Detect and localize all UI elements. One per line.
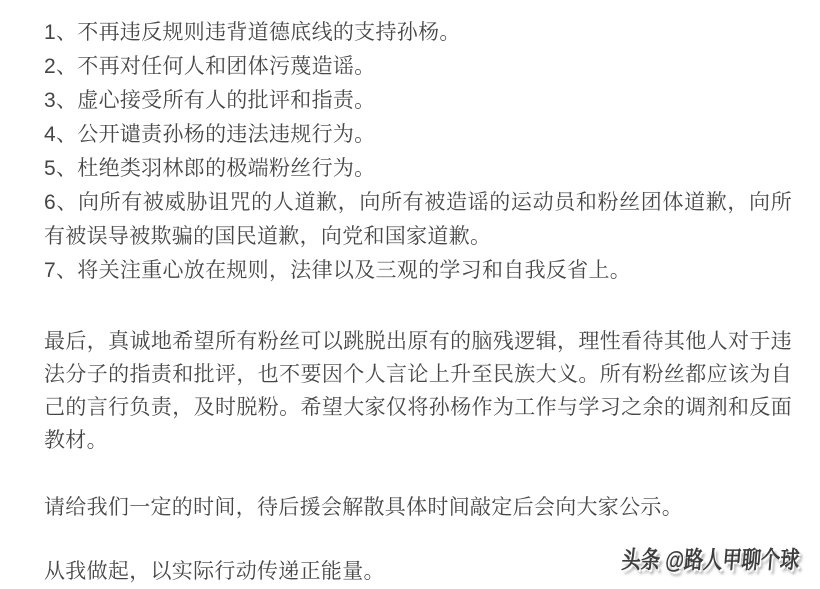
paragraph-conclusion: 最后，真诚地希望所有粉丝可以跳脱出原有的脑残逻辑，理性看待其他人对于违法分子的指… <box>44 325 792 457</box>
list-item-5: 5、杜绝类羽林郎的极端粉丝行为。 <box>44 152 792 186</box>
toutiao-watermark: 头条 @路人甲聊个球 <box>620 540 801 575</box>
article-body: 1、不再违反规则违背道德底线的支持孙杨。 2、不再对任何人和团体污蔑造谣。 3、… <box>44 16 792 589</box>
list-item-7: 7、将关注重心放在规则，法律以及三观的学习和自我反省上。 <box>44 254 792 288</box>
paragraph-disband-notice: 请给我们一定的时间，待后援会解散具体时间敲定后会向大家公示。 <box>44 491 792 525</box>
list-item-1: 1、不再违反规则违背道德底线的支持孙杨。 <box>44 16 792 50</box>
list-item-3: 3、虚心接受所有人的批评和指责。 <box>44 84 792 118</box>
list-item-6: 6、向所有被威胁诅咒的人道歉，向所有被造谣的运动员和粉丝团体道歉，向所有被误导被… <box>44 186 792 254</box>
statement-list: 1、不再违反规则违背道德底线的支持孙杨。 2、不再对任何人和团体污蔑造谣。 3、… <box>44 16 792 288</box>
list-item-4: 4、公开谴责孙杨的违法违规行为。 <box>44 118 792 152</box>
list-item-2: 2、不再对任何人和团体污蔑造谣。 <box>44 50 792 84</box>
